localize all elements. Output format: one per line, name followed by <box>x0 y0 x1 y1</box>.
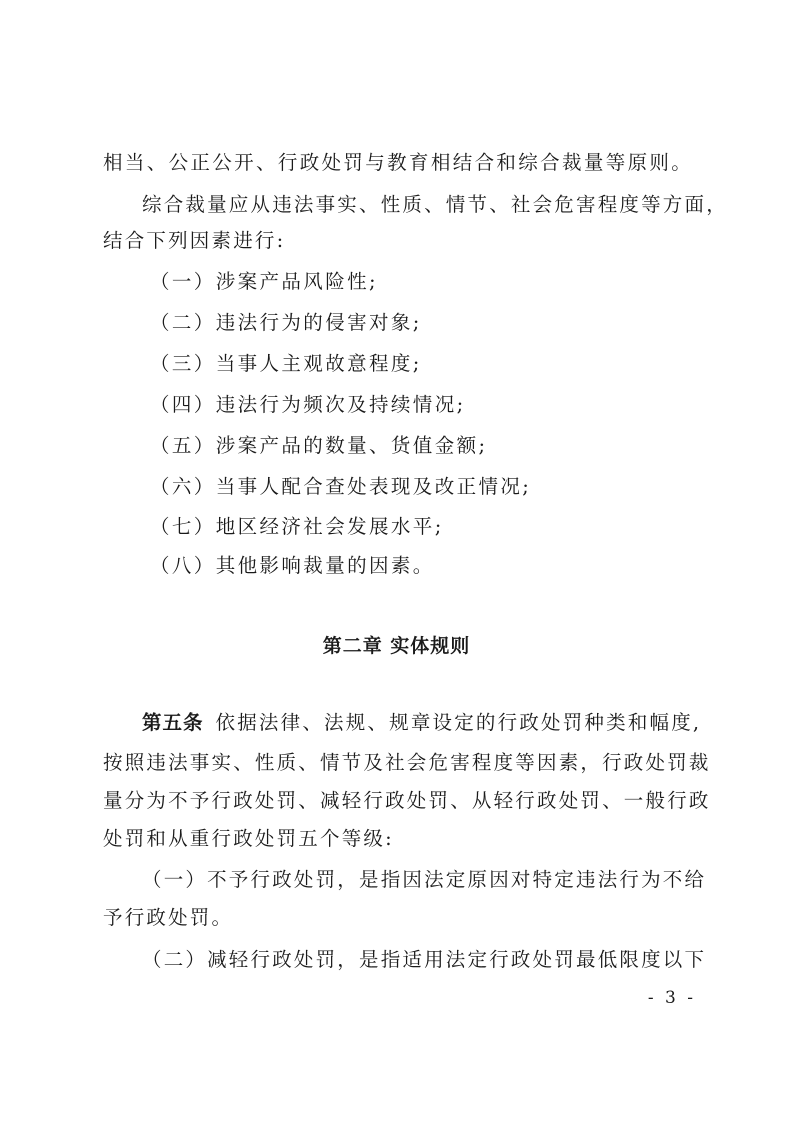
article-text: 依据法律、法规、规章设定的行政处罚种类和幅度, <box>216 710 702 736</box>
article-line: 处罚和从重行政处罚五个等级: <box>103 826 693 852</box>
article-label: 第五条 <box>142 710 204 736</box>
factor-item: （三）当事人主观故意程度; <box>150 351 740 377</box>
page-number: - 3 - <box>636 988 696 1008</box>
factor-item: （一）涉案产品风险性; <box>150 269 740 295</box>
factor-item: （二）违法行为的侵害对象; <box>150 310 740 336</box>
article-line: 按照违法事实、性质、情节及社会危害程度等因素，行政处罚裁 <box>103 750 693 776</box>
article-first-line: 第五条 依据法律、法规、规章设定的行政处罚种类和幅度, <box>142 710 693 736</box>
factor-item: （七）地区经济社会发展水平; <box>150 514 740 540</box>
factor-item: （五）涉案产品的数量、货值金额; <box>150 433 740 459</box>
article-line: 量分为不予行政处罚、减轻行政处罚、从轻行政处罚、一般行政 <box>103 788 693 814</box>
article-item-line: （二）减轻行政处罚，是指适用法定行政处罚最低限度以下 <box>142 947 693 973</box>
factor-item: （四）违法行为频次及持续情况; <box>150 392 740 418</box>
intro-line: 结合下列因素进行: <box>103 228 693 254</box>
intro-line: 相当、公正公开、行政处罚与教育相结合和综合裁量等原则。 <box>103 150 693 176</box>
article-item-line: （一）不予行政处罚，是指因法定原因对特定违法行为不给 <box>142 867 693 893</box>
article-item-line: 予行政处罚。 <box>103 905 693 931</box>
factor-item: （八）其他影响裁量的因素。 <box>150 553 740 579</box>
chapter-heading: 第二章 实体规则 <box>0 631 793 658</box>
document-page: 相当、公正公开、行政处罚与教育相结合和综合裁量等原则。 综合裁量应从违法事实、性… <box>0 0 793 1122</box>
intro-line: 综合裁量应从违法事实、性质、情节、社会危害程度等方面， <box>142 192 693 218</box>
factor-item: （六）当事人配合查处表现及改正情况; <box>150 474 740 500</box>
